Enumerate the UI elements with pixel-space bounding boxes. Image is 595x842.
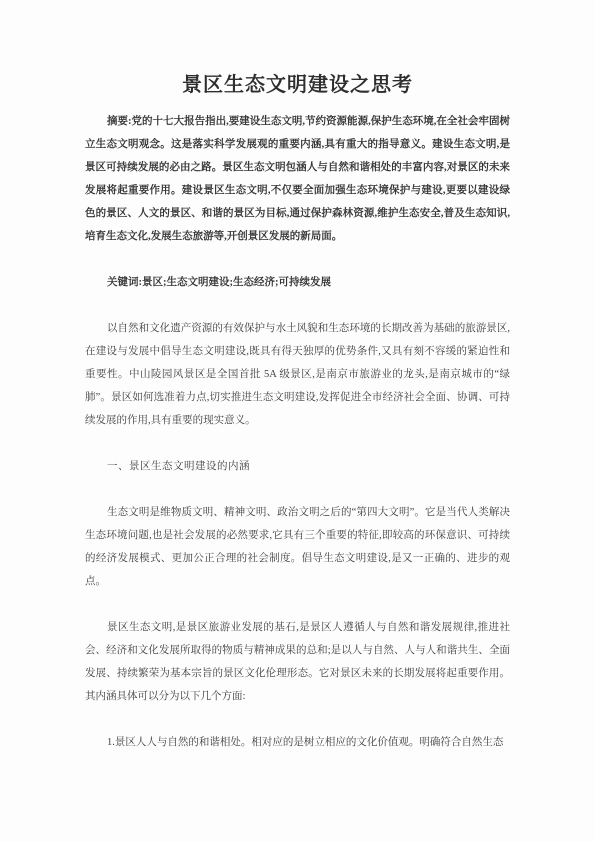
section-1-paragraph-3: 1.景区人人与自然的和谐相处。相对应的是树立相应的文化价值观。明确符合自然生态 (85, 731, 510, 754)
intro-paragraph: 以自然和文化遗产资源的有效保护与水土风貌和生态环境的长期改善为基础的旅游景区,在… (85, 317, 510, 432)
abstract-paragraph: 摘要:党的十七大报告指出,要建设生态文明,节约资源能源,保护生态环境,在全社会牢… (85, 110, 510, 248)
document-page: 景区生态文明建设之思考 摘要:党的十七大报告指出,要建设生态文明,节约资源能源,… (0, 0, 595, 842)
section-1-heading: 一、景区生态文明建设的内涵 (85, 455, 510, 478)
section-1-paragraph-1: 生态文明是维物质文明、精神文明、政治文明之后的“第四大文明”。它是当代人类解决生… (85, 501, 510, 593)
keywords-line: 关键词:景区;生态文明建设;生态经济;可持续发展 (85, 271, 510, 294)
section-1-paragraph-2: 景区生态文明,是景区旅游业发展的基石,是景区人遵循人与自然和谐发展规律,推进社会… (85, 616, 510, 708)
document-title: 景区生态文明建设之思考 (85, 72, 510, 98)
